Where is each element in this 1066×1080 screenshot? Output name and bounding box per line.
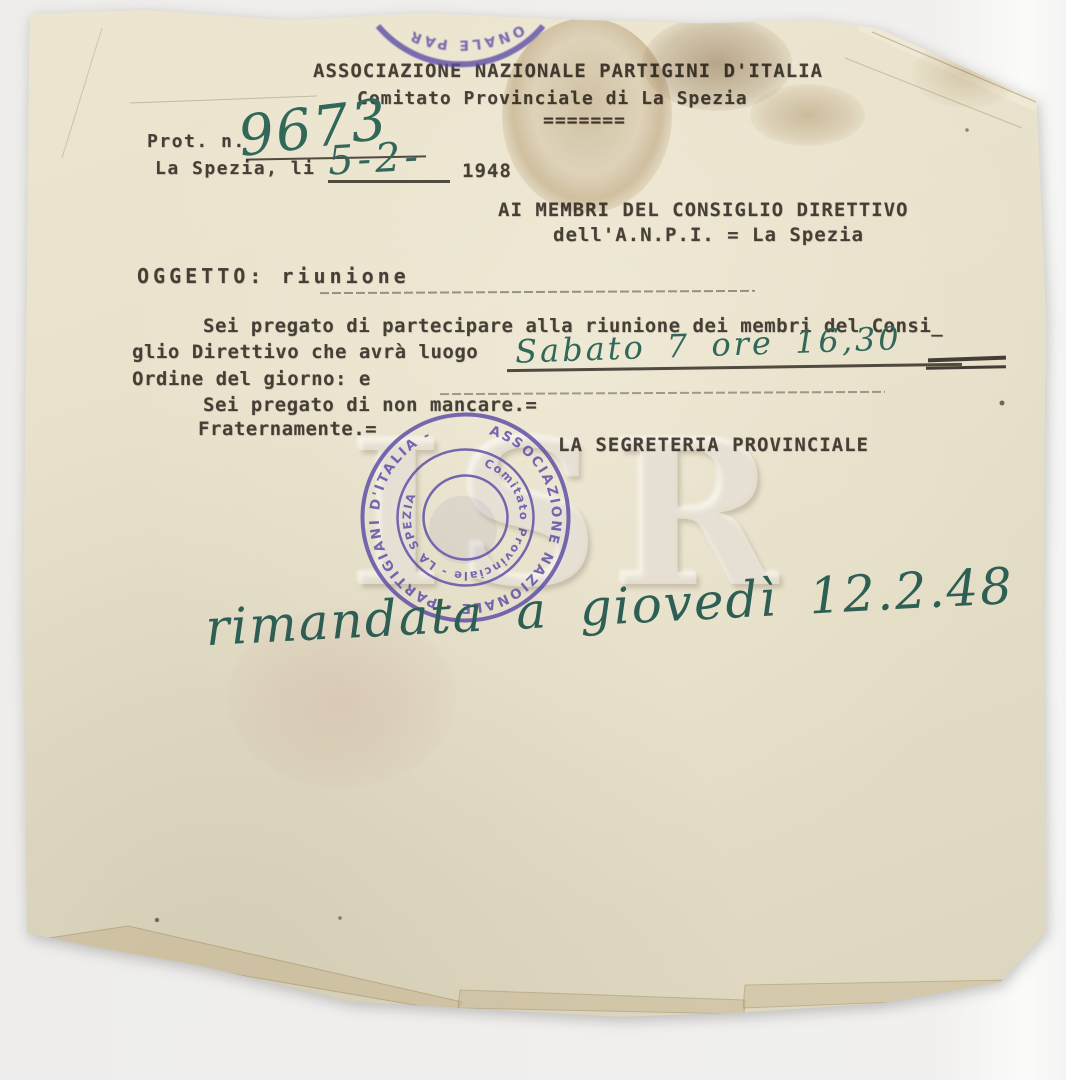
letterhead-separator: ======= <box>543 110 626 131</box>
date-underline <box>328 180 450 183</box>
date-handwritten: 5-2- <box>327 134 423 185</box>
top-stamp-fragment-text: ONALE PAR <box>406 21 527 52</box>
svg-text:ONALE PAR: ONALE PAR <box>406 21 527 52</box>
subject-label: OGGETTO: <box>137 264 265 288</box>
protocol-label: Prot. n. <box>147 131 246 152</box>
subject-line: OGGETTO: riunione <box>137 264 410 288</box>
place-date-label: La Spezia, li <box>155 158 315 179</box>
scanned-document: ISR ASSOCIAZIONE NAZIONALE PARTIGINI D'I… <box>0 0 1066 1080</box>
paper-shadow-wrap: ISR ASSOCIAZIONE NAZIONALE PARTIGINI D'I… <box>0 0 1066 1080</box>
top-stamp-fragment: ONALE PAR <box>373 4 548 74</box>
body-line3: Ordine del giorno: e <box>132 368 371 390</box>
letter-paper: ISR ASSOCIAZIONE NAZIONALE PARTIGINI D'I… <box>22 8 1050 1030</box>
body-line2: glio Direttivo che avrà luogo <box>132 341 478 363</box>
subject-value: riunione <box>281 264 409 288</box>
signature-line: LA SEGRETERIA PROVINCIALE <box>558 434 869 456</box>
year-typed: 1948 <box>462 160 512 182</box>
recipient-line1: AI MEMBRI DEL CONSIGLIO DIRETTIVO <box>498 199 909 221</box>
letterhead-line2: Comitato Provinciale di La Spezia <box>357 88 748 109</box>
recipient-line2: dell'A.N.P.I. = La Spezia <box>553 224 864 246</box>
